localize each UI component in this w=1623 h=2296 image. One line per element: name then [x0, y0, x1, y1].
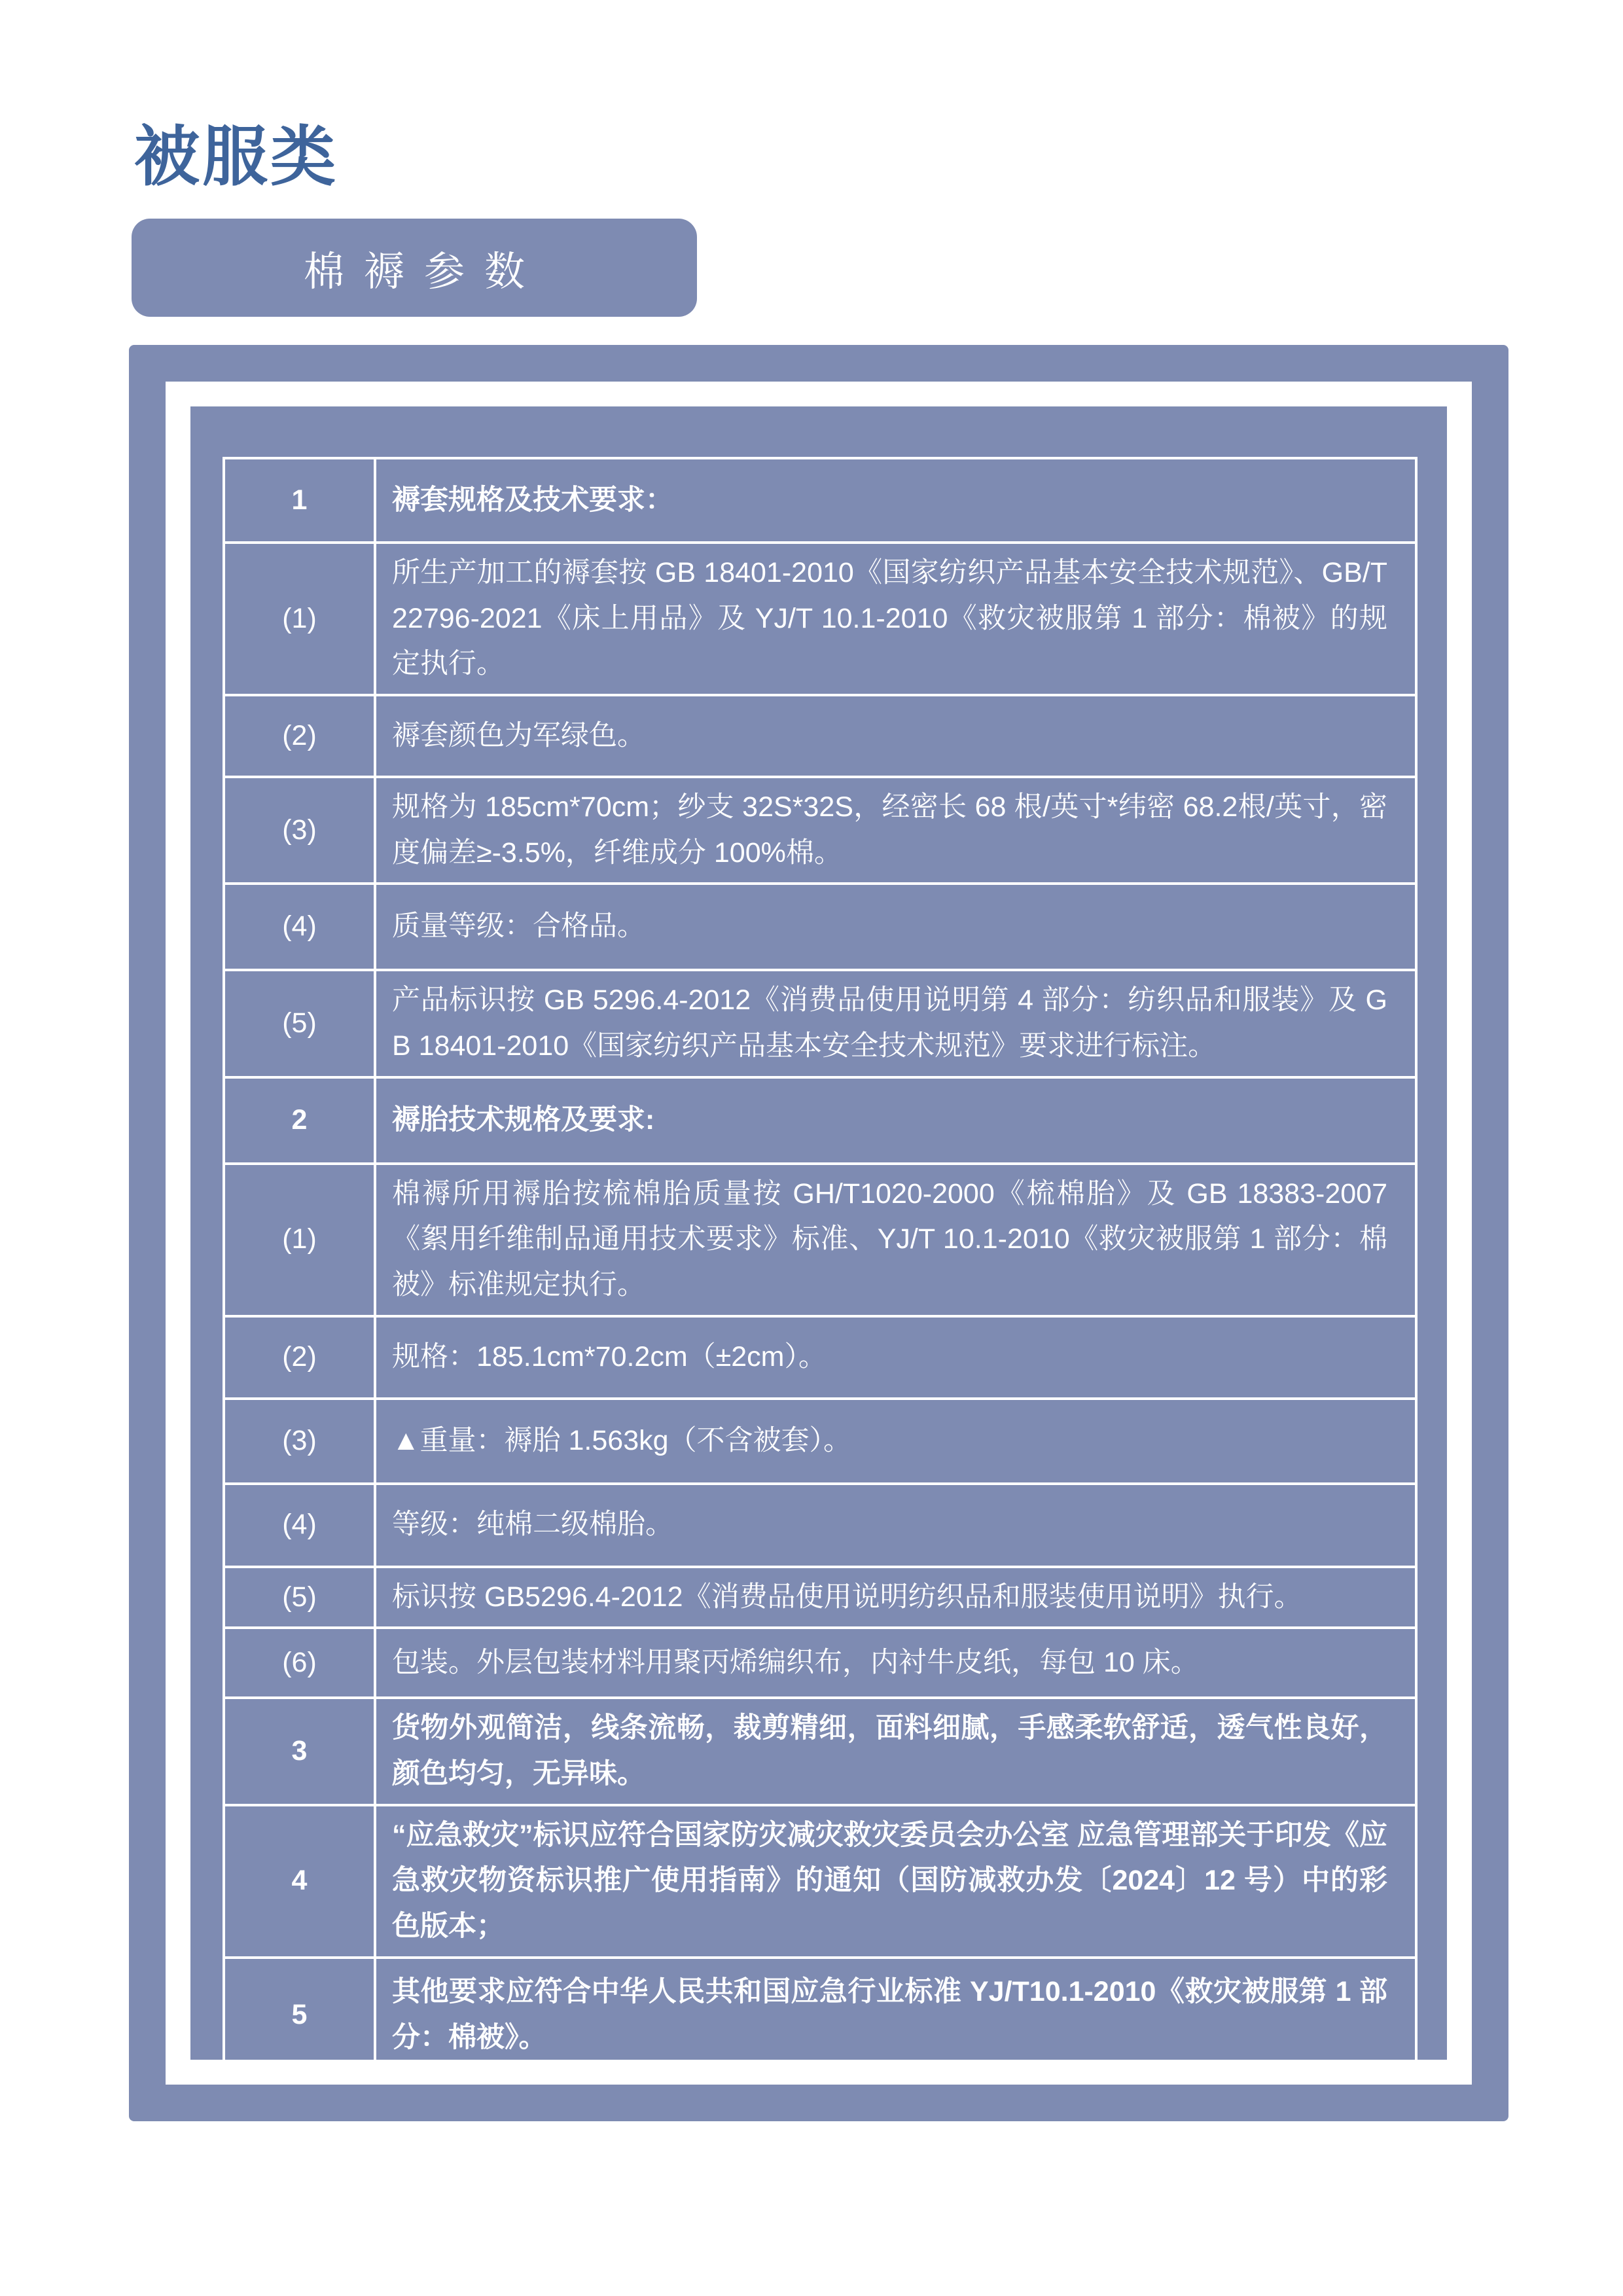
row-number-cell: 5: [224, 1958, 375, 2073]
table-row: (2) 规格：185.1cm*70.2cm（±2cm）。: [224, 1316, 1416, 1399]
table-row: (1) 所生产加工的褥套按 GB 18401-2010《国家纺织产品基本安全技术…: [224, 543, 1416, 695]
row-number-cell: (2): [224, 695, 375, 777]
table-row: (4) 质量等级：合格品。: [224, 884, 1416, 970]
row-text-cell: “应急救灾”标识应符合国家防灾减灾救灾委员会办公室 应急管理部关于印发《应急救灾…: [375, 1805, 1416, 1958]
page: 被服类 棉褥参数 1 褥套规格及技术要求： (1) 所生产加工的褥套按 GB 1…: [0, 0, 1623, 2296]
row-text-cell: 包装。外层包装材料用聚丙烯编织布，内衬牛皮纸，每包 10 床。: [375, 1628, 1416, 1698]
table-row: 1 褥套规格及技术要求：: [224, 458, 1416, 543]
table-row: (2) 褥套颜色为军绿色。: [224, 695, 1416, 777]
spec-table: 1 褥套规格及技术要求： (1) 所生产加工的褥套按 GB 18401-2010…: [223, 457, 1418, 2075]
table-row: (5) 标识按 GB5296.4-2012《消费品使用说明纺织品和服装使用说明》…: [224, 1567, 1416, 1628]
row-text-cell: 其他要求应符合中华人民共和国应急行业标准 YJ/T10.1-2010《救灾被服第…: [375, 1958, 1416, 2073]
table-row: (3) 规格为 185cm*70cm；纱支 32S*32S，经密长 68 根/英…: [224, 777, 1416, 884]
row-number-cell: (1): [224, 543, 375, 695]
table-row: (4) 等级：纯棉二级棉胎。: [224, 1484, 1416, 1567]
row-text-cell: 规格为 185cm*70cm；纱支 32S*32S，经密长 68 根/英寸*纬密…: [375, 777, 1416, 884]
section-badge-label: 棉褥参数: [284, 239, 544, 297]
row-number-cell: (5): [224, 1567, 375, 1628]
row-number-cell: (4): [224, 1484, 375, 1567]
row-number-cell: (2): [224, 1316, 375, 1399]
row-number-cell: (1): [224, 1164, 375, 1316]
row-number-cell: (6): [224, 1628, 375, 1698]
row-number-cell: 1: [224, 458, 375, 543]
row-number-cell: (5): [224, 970, 375, 1077]
row-number-cell: 3: [224, 1698, 375, 1804]
row-number-cell: (3): [224, 1399, 375, 1484]
table-row: 3 货物外观简洁，线条流畅，裁剪精细，面料细腻，手感柔软舒适，透气性良好，颜色均…: [224, 1698, 1416, 1804]
page-title: 被服类: [134, 121, 338, 193]
row-text-cell: 棉褥所用褥胎按梳棉胎质量按 GH/T1020-2000《梳棉胎》及 GB 183…: [375, 1164, 1416, 1316]
row-text-cell: 褥胎技术规格及要求:: [375, 1077, 1416, 1164]
row-text-cell: 产品标识按 GB 5296.4-2012《消费品使用说明第 4 部分：纺织品和服…: [375, 970, 1416, 1077]
row-text-cell: 货物外观简洁，线条流畅，裁剪精细，面料细腻，手感柔软舒适，透气性良好，颜色均匀，…: [375, 1698, 1416, 1804]
row-text-cell: 质量等级：合格品。: [375, 884, 1416, 970]
row-text-cell: 褥套颜色为军绿色。: [375, 695, 1416, 777]
row-text-cell: 所生产加工的褥套按 GB 18401-2010《国家纺织产品基本安全技术规范》、…: [375, 543, 1416, 695]
row-text-cell: 褥套规格及技术要求：: [375, 458, 1416, 543]
table-row: (5) 产品标识按 GB 5296.4-2012《消费品使用说明第 4 部分：纺…: [224, 970, 1416, 1077]
row-text-cell: 标识按 GB5296.4-2012《消费品使用说明纺织品和服装使用说明》执行。: [375, 1567, 1416, 1628]
row-text-cell: 等级：纯棉二级棉胎。: [375, 1484, 1416, 1567]
row-number-cell: (4): [224, 884, 375, 970]
row-text-cell: ▲重量：褥胎 1.563kg（不含被套）。: [375, 1399, 1416, 1484]
table-row: (3) ▲重量：褥胎 1.563kg（不含被套）。: [224, 1399, 1416, 1484]
row-number-cell: 4: [224, 1805, 375, 1958]
table-row: 5 其他要求应符合中华人民共和国应急行业标准 YJ/T10.1-2010《救灾被…: [224, 1958, 1416, 2073]
table-row: (6) 包装。外层包装材料用聚丙烯编织布，内衬牛皮纸，每包 10 床。: [224, 1628, 1416, 1698]
row-text-cell: 规格：185.1cm*70.2cm（±2cm）。: [375, 1316, 1416, 1399]
table-row: 4 “应急救灾”标识应符合国家防灾减灾救灾委员会办公室 应急管理部关于印发《应急…: [224, 1805, 1416, 1958]
table-row: (1) 棉褥所用褥胎按梳棉胎质量按 GH/T1020-2000《梳棉胎》及 GB…: [224, 1164, 1416, 1316]
row-number-cell: (3): [224, 777, 375, 884]
table-row: 2 褥胎技术规格及要求:: [224, 1077, 1416, 1164]
row-number-cell: 2: [224, 1077, 375, 1164]
section-badge: 棉褥参数: [132, 219, 697, 317]
